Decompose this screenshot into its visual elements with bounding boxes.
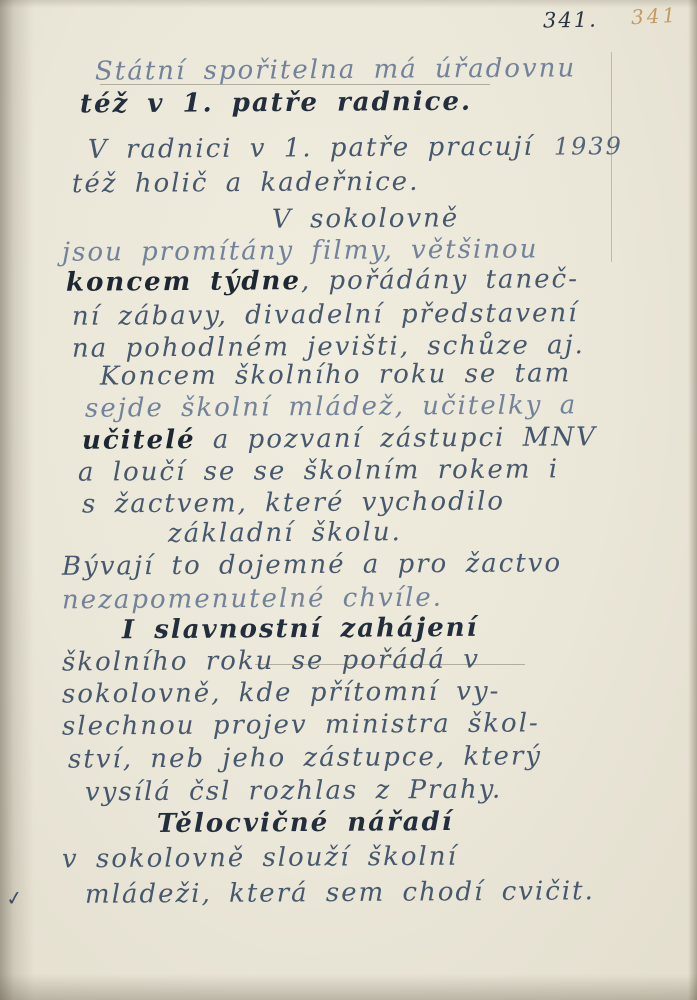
manuscript-line: též v 1. patře radnice. — [80, 87, 472, 120]
manuscript-line: Státní spořitelna má úřadovnu — [95, 53, 576, 86]
manuscript-line: Koncem školního roku se tam — [100, 358, 571, 391]
manuscript-line: ní zábavy, divadelní představení — [72, 298, 579, 332]
manuscript-line: sokolovně, kde přítomní vy- — [62, 676, 501, 709]
manuscript-line: základní školu. — [168, 517, 402, 549]
line-text: sejde školní mládež, učitelky a — [85, 390, 577, 423]
manuscript-line: mládeži, která sem chodí cvičit. — [85, 876, 595, 910]
manuscript-line: nezapomenutelné chvíle. — [62, 583, 443, 616]
line-text: vysílá čsl rozhlas z Prahy. — [85, 775, 502, 808]
manuscript-line: učitelé a pozvaní zástupci MNV — [82, 422, 597, 456]
line-text: s žactvem, které vychodilo — [82, 487, 505, 520]
page-edge-shadow-bottom — [0, 974, 697, 1000]
manuscript-line: vysílá čsl rozhlas z Prahy. — [85, 775, 502, 808]
page-number-pencil: 341 — [630, 3, 678, 29]
line-text: Bývají to dojemné a pro žactvo — [62, 548, 562, 581]
manuscript-line: sejde školní mládež, učitelky a — [85, 390, 577, 423]
line-text: Státní spořitelna má úřadovnu — [95, 53, 576, 86]
manuscript-line: školního roku se pořádá v — [62, 645, 480, 678]
line-text: mládeži, která sem chodí cvičit. — [85, 876, 595, 910]
manuscript-line: V radnici v 1. patře pracují1939 — [88, 131, 623, 165]
manuscript-line: a loučí se se školním rokem i — [78, 454, 559, 487]
line-text: základní školu. — [168, 517, 402, 549]
manuscript-line: též holič a kadeřnice. — [72, 167, 420, 199]
line-text: a pozvaní zástupci MNV — [195, 422, 596, 455]
line-text: jsou promítány filmy, většinou — [62, 234, 539, 267]
line-text: sokolovně, kde přítomní vy- — [62, 676, 501, 709]
year-annotation: 1939 — [554, 132, 623, 160]
manuscript-line-heading: V sokolovně — [272, 203, 459, 234]
line-text: V radnici v 1. patře pracují — [88, 132, 534, 165]
line-text: Koncem školního roku se tam — [100, 358, 571, 391]
line-text: nezapomenutelné chvíle. — [62, 583, 443, 616]
line-text: Tělocvičné nářadí — [157, 807, 454, 839]
line-text: I slavnostní zahájení — [122, 613, 479, 645]
line-text: v sokolovně slouží školní — [62, 842, 458, 875]
pen-checkmark: ✓ — [4, 885, 24, 911]
manuscript-line: v sokolovně slouží školní — [62, 842, 458, 875]
page-edge-shadow-right — [688, 0, 697, 1000]
line-text: a loučí se se školním rokem i — [78, 454, 559, 487]
line-bold-segment: učitelé — [82, 425, 196, 456]
line-text: též holič a kadeřnice. — [72, 167, 420, 199]
line-text: též v 1. patře radnice. — [80, 87, 472, 120]
manuscript-line: s žactvem, které vychodilo — [82, 487, 505, 520]
page-number: 341. — [543, 8, 598, 33]
line-text: , pořádány taneč- — [301, 264, 579, 296]
manuscript-line-heading: Tělocvičné nářadí — [157, 807, 454, 839]
manuscript-line: ství, neb jeho zástupce, který — [68, 741, 542, 774]
line-bold-segment: koncem týdne — [66, 266, 301, 298]
manuscript-line: I slavnostní zahájení — [122, 613, 479, 645]
manuscript-line: koncem týdne, pořádány taneč- — [66, 264, 579, 298]
manuscript-line: slechnou projev ministra škol- — [62, 708, 540, 741]
manuscript-line: jsou promítány filmy, většinou — [62, 234, 539, 267]
line-text: školního roku se pořádá v — [62, 645, 480, 678]
line-text: V sokolovně — [272, 203, 459, 234]
manuscript-line: Bývají to dojemné a pro žactvo — [62, 548, 562, 581]
line-text: ní zábavy, divadelní představení — [72, 298, 579, 332]
manuscript-page: 341. 341 Státní spořitelna má úřadovnu t… — [0, 0, 697, 1000]
line-text: ství, neb jeho zástupce, který — [68, 741, 542, 774]
page-edge-shadow-left — [0, 0, 34, 1000]
line-text: slechnou projev ministra škol- — [62, 708, 540, 741]
